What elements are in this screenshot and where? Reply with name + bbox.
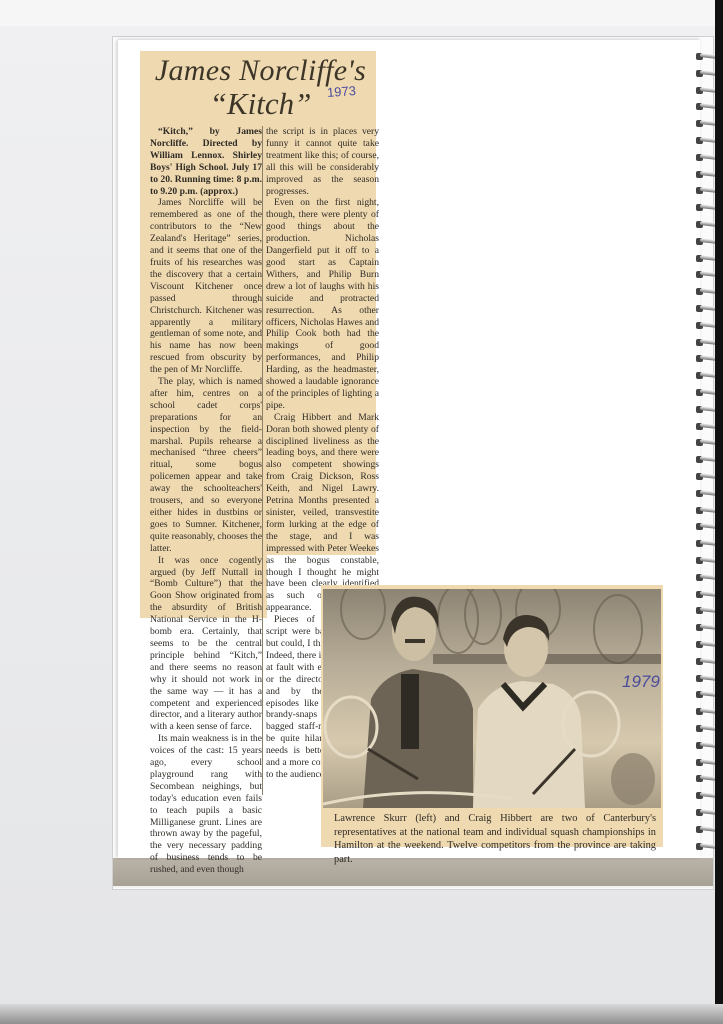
handwritten-year-annotation: 1979 (622, 672, 660, 692)
scanner-bottom-edge (0, 1004, 723, 1024)
scanner-top-margin (0, 0, 723, 26)
article-paragraph: Its main weakness is in the voices of th… (150, 733, 262, 876)
article-paragraph: James Norcliffe will be remembered as on… (150, 197, 262, 376)
photo-caption: Lawrence Skurr (left) and Craig Hibbert … (334, 812, 656, 866)
article-column-left: “Kitch,” by James Norcliffe. Directed by… (150, 126, 262, 876)
binder-edge (715, 0, 723, 1024)
production-credits: “Kitch,” by James Norcliffe. Directed by… (150, 126, 262, 197)
squash-players-photo (323, 589, 661, 808)
article-paragraph: The play, which is named after him, cent… (150, 376, 262, 555)
article-paragraph: the script is in places very funny it ca… (266, 126, 379, 197)
article-paragraph: It was once cogently argued (by Jeff Nut… (150, 555, 262, 734)
headline-line-1: James Norcliffe's (148, 54, 373, 87)
photo-illustration (323, 589, 661, 808)
article-paragraph: Craig Hibbert and Mark Doran both showed… (266, 412, 379, 614)
handwritten-year-annotation: 1973 (327, 83, 357, 100)
article-paragraph: Even on the first night, though, there w… (266, 197, 379, 411)
